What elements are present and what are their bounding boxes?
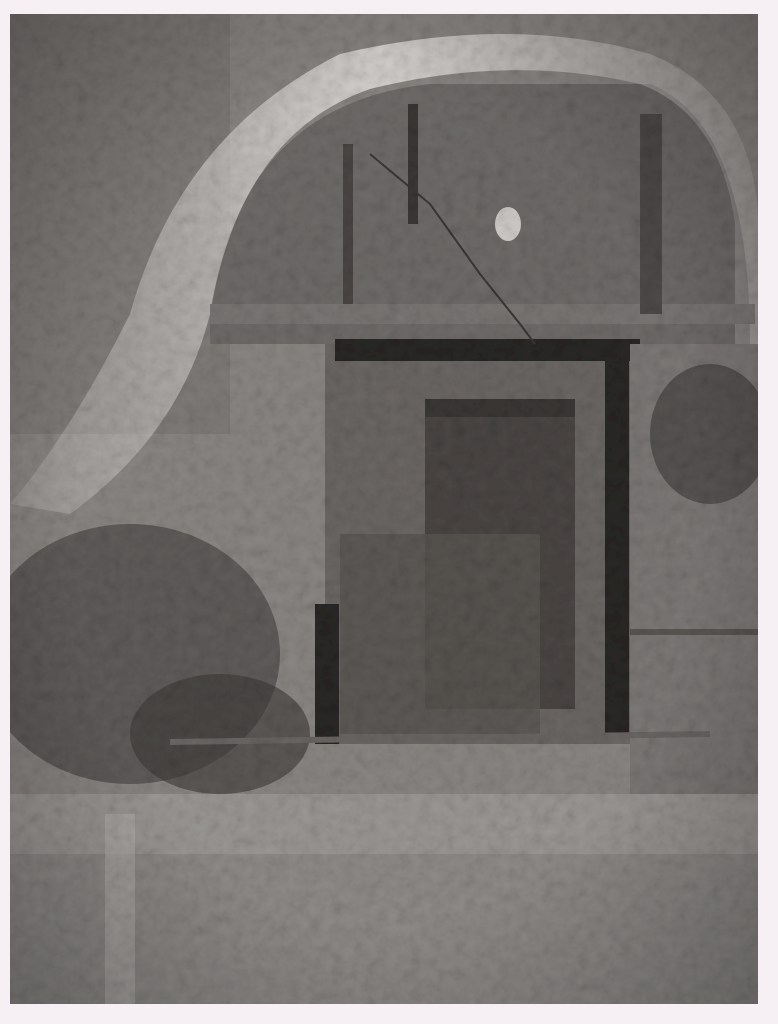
fresco-photograph [10,14,758,1004]
fresco-scene [10,14,758,1004]
